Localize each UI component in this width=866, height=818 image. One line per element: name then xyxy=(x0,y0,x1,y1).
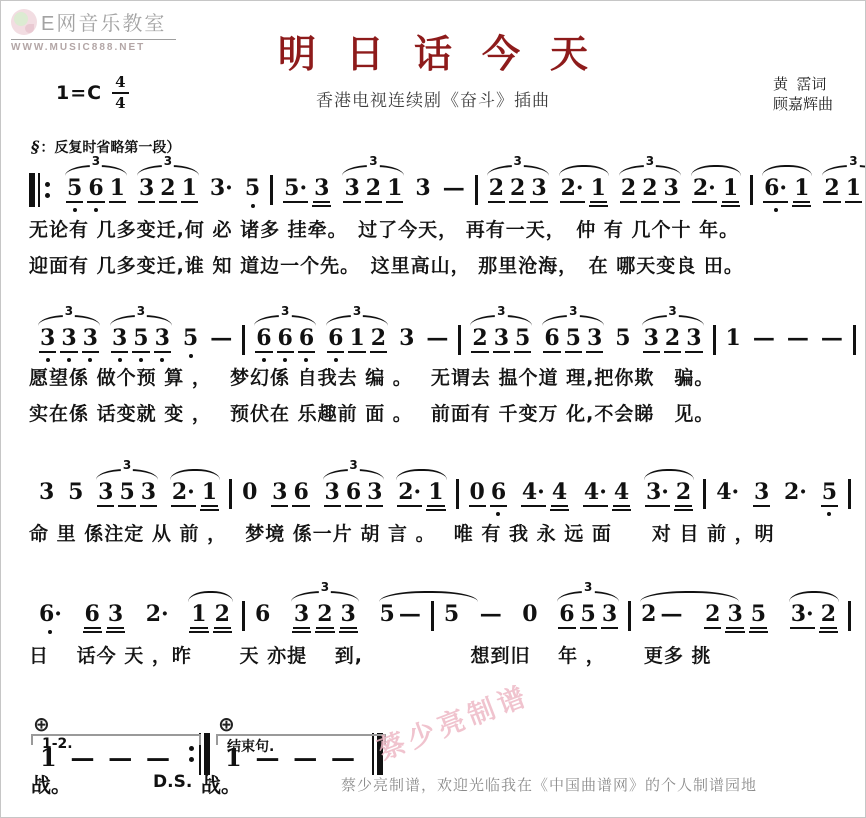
triplet-number: 3 xyxy=(666,304,678,318)
lyrics-line: 无论有 几多变迁,何 必 诸多 挂牵。 过了今天， 再有一天， 仲 有 几个十 … xyxy=(29,218,851,243)
note-group: 2·1 xyxy=(396,481,446,511)
note: 1 xyxy=(844,177,863,203)
jianpu-system-3: 3533532·103633632·1064·44·43·24·32·5命 里 … xyxy=(29,453,851,547)
note: 5 xyxy=(182,327,199,349)
note: — xyxy=(820,327,844,349)
note: 3 xyxy=(38,481,55,503)
note: 2· xyxy=(691,177,718,203)
note: — xyxy=(330,746,356,770)
note-group: 0 xyxy=(521,603,538,625)
note: 2 xyxy=(487,177,506,203)
note-group: 2·1 xyxy=(691,177,741,207)
song-subtitle: 香港电视连续剧《奋斗》插曲 xyxy=(1,86,865,111)
note: 2 xyxy=(212,603,233,633)
note: — xyxy=(425,327,449,349)
note: 5· xyxy=(282,177,309,203)
measure: 5—03653 xyxy=(434,603,628,629)
note: 1 xyxy=(188,603,209,633)
note-group: — xyxy=(425,327,449,349)
note: 6 xyxy=(82,603,103,633)
note-group: 3321 xyxy=(137,177,199,203)
note: 2· xyxy=(559,177,586,203)
note: 3 xyxy=(291,603,312,633)
note-group: 4·4 xyxy=(520,481,570,511)
note-group: 3561 xyxy=(65,177,127,203)
note: 5 xyxy=(67,481,84,503)
note: 3 xyxy=(585,327,604,353)
barline xyxy=(848,479,851,509)
note: 5 xyxy=(513,327,532,353)
barline xyxy=(853,325,856,355)
note-group: 3653 xyxy=(542,327,604,353)
note-group: — xyxy=(209,327,233,349)
note: 2 xyxy=(470,327,489,353)
note: 1 xyxy=(347,327,366,353)
note-group: — xyxy=(820,327,844,349)
note-group: 3666 xyxy=(254,327,316,353)
triplet-number: 3 xyxy=(63,304,75,318)
note: 1 xyxy=(720,177,741,207)
measure: 633235— xyxy=(245,603,431,633)
note: 1 xyxy=(199,481,220,511)
note-group: 6 xyxy=(254,603,271,625)
lyrics-line: 迎面有 几多变迁,谁 知 道边一个先。 这里高山， 那里沧海， 在 哪天变良 田… xyxy=(29,254,851,279)
note: 2· xyxy=(145,603,170,625)
note: 1 xyxy=(425,481,446,511)
note-group: 1 xyxy=(725,327,742,349)
note: 2 xyxy=(663,327,682,353)
note: 5 xyxy=(244,177,261,199)
triplet-number: 3 xyxy=(319,580,331,594)
note: 3 xyxy=(398,327,415,349)
note: 3 xyxy=(752,481,771,507)
note: — xyxy=(254,746,280,770)
note: — xyxy=(69,746,95,770)
note-group: 235 xyxy=(703,603,769,633)
note: 5 xyxy=(820,481,839,507)
staff-line: 6·632·12633235—5—036532—2353·2 xyxy=(29,575,851,633)
note: 3 xyxy=(81,327,100,353)
note: — xyxy=(398,603,422,625)
note: 5 xyxy=(614,327,631,349)
triplet-number: 3 xyxy=(135,304,147,318)
ending-lyric-left: 战。 xyxy=(31,769,71,798)
triplet-number: 3 xyxy=(644,154,656,168)
note: 3 xyxy=(59,327,78,353)
triplet-number: 3 xyxy=(162,154,174,168)
note-group: 3323 xyxy=(642,327,704,353)
note: 2· xyxy=(170,481,197,507)
lyrics-line: 实在係 话变就 变 ， 预伏在 乐趣前 面 。 前面有 千变万 化,不会睇 见。 xyxy=(29,402,851,427)
measure: 3235365353323 xyxy=(461,327,712,353)
note: 6 xyxy=(326,327,345,353)
note: 3 xyxy=(270,481,289,507)
triplet-number: 3 xyxy=(847,154,859,168)
note-group: 3353 xyxy=(96,481,158,507)
note-group: 63 xyxy=(82,603,127,633)
note: — xyxy=(752,327,776,349)
measure: 3533532·1 xyxy=(29,481,229,511)
footer-note: 蔡少亮制谱，欢迎光临我在《中国曲谱网》的个人制谱园地 xyxy=(341,774,757,795)
note: 3 xyxy=(105,603,126,633)
note: 3 xyxy=(137,177,156,203)
note: 6 xyxy=(86,177,105,203)
note: 5 xyxy=(117,481,136,507)
triplet-number: 3 xyxy=(567,304,579,318)
note-group: 3 xyxy=(38,481,55,503)
note-group: 5 xyxy=(244,177,261,199)
note: 3· xyxy=(789,603,816,629)
note-group: 0 xyxy=(241,481,258,503)
note: 6· xyxy=(38,603,63,625)
note: 3 xyxy=(724,603,745,633)
note: 1 xyxy=(180,177,199,203)
triplet-number: 3 xyxy=(351,304,363,318)
note: 5 xyxy=(564,327,583,353)
note-group: 3653 xyxy=(557,603,619,629)
note-group: 2— xyxy=(640,603,683,625)
note: 3 xyxy=(642,327,661,353)
measure: 03633632·1 xyxy=(232,481,455,511)
note: 3 xyxy=(342,177,361,203)
note-group: 6· xyxy=(38,603,63,625)
song-title: 明日话今天 xyxy=(1,23,865,78)
note: 1 xyxy=(725,327,742,349)
note: 0 xyxy=(241,481,258,503)
volta-1: ⊕ 1-2. 1——— xyxy=(31,720,185,770)
note: 3 xyxy=(414,177,431,199)
note-group: 2·1 xyxy=(170,481,220,511)
note: — xyxy=(145,746,171,770)
note: 3· xyxy=(209,177,234,199)
measure: 6·632·12 xyxy=(29,603,242,633)
note-group: 5 xyxy=(614,327,631,349)
note: 2· xyxy=(783,481,808,503)
note-group: 5— xyxy=(379,603,422,625)
sheet-music-page: E网音乐教室 WWW.MUSIC888.NET 1=C 4 4 明日话今天 香港… xyxy=(0,0,866,818)
triplet-number: 3 xyxy=(121,458,133,472)
note: 5 xyxy=(748,603,769,633)
measure: 5·333213— xyxy=(273,177,475,207)
note: — xyxy=(107,746,133,770)
note: 3 xyxy=(365,481,384,507)
note: 2 xyxy=(703,603,722,629)
note: 2· xyxy=(396,481,423,507)
note: 2 xyxy=(640,177,659,203)
note: — xyxy=(479,603,503,625)
note-group: 5 xyxy=(443,603,460,625)
repeat-start-barline xyxy=(29,173,52,207)
note: 6· xyxy=(762,177,789,203)
triplet-number: 3 xyxy=(367,154,379,168)
coda-icon-2: ⊕ xyxy=(218,712,235,736)
volta-2: ⊕ 结束句. 1——— xyxy=(216,720,370,770)
note: 3 xyxy=(529,177,548,203)
measure: 356133213·5 xyxy=(56,177,270,203)
note: 2 xyxy=(508,177,527,203)
note: 3 xyxy=(600,603,619,629)
note: 3 xyxy=(338,603,359,633)
credits: 黄 霑词 顾嘉辉曲 xyxy=(773,75,833,116)
note: 1 xyxy=(224,746,243,770)
note-group: 3363 xyxy=(323,481,385,507)
note-group: 2· xyxy=(145,603,170,625)
note: 2 xyxy=(369,327,388,353)
note-group: 6·1 xyxy=(762,177,812,207)
note: 5 xyxy=(579,603,598,629)
note-group: 3333 xyxy=(38,327,100,353)
note-group: 3· xyxy=(209,177,234,199)
coda-icon: ⊕ xyxy=(33,712,50,736)
barline xyxy=(848,601,851,631)
note-group: 3·2 xyxy=(789,603,839,633)
credit-composer: 顾嘉辉曲 xyxy=(773,96,833,113)
note-group: 3235 xyxy=(470,327,532,353)
note: 3 xyxy=(38,327,57,353)
note-group: 06 xyxy=(468,481,509,507)
note: 1 xyxy=(108,177,127,203)
credit-lyricist: 黄 霑词 xyxy=(773,76,826,93)
note: 3 xyxy=(492,327,511,353)
lyrics-line: 愿望係 做个预 算 ， 梦幻係 自我去 编 。 无谓去 揾个道 理,把你欺 骗。 xyxy=(29,366,851,391)
note: 1 xyxy=(791,177,812,207)
measure: 4·32·5 xyxy=(706,481,848,507)
note-group: 3 xyxy=(398,327,415,349)
note: 3 xyxy=(684,327,703,353)
measure: 064·44·43·2 xyxy=(459,481,704,511)
triplet-number: 3 xyxy=(90,154,102,168)
note-group: 5 xyxy=(67,481,84,503)
note-group: 4· xyxy=(715,481,740,503)
note-group: 3223 xyxy=(619,177,681,203)
note: 2 xyxy=(364,177,383,203)
triplet-number: 3 xyxy=(347,458,359,472)
note-group: 3323 xyxy=(291,603,359,633)
note: — xyxy=(659,603,683,625)
note-group: 36 xyxy=(270,481,311,507)
measure: 366636123— xyxy=(245,327,458,353)
note: 3· xyxy=(644,481,671,507)
note: 3 xyxy=(153,327,172,353)
note-group: 12 xyxy=(188,603,233,633)
note: 6 xyxy=(297,327,316,353)
note-group: 3·2 xyxy=(644,481,694,511)
note: 2 xyxy=(673,481,694,511)
note: 3 xyxy=(139,481,158,507)
note: 0 xyxy=(468,481,487,507)
note: 6 xyxy=(254,603,271,625)
note-group: 3 xyxy=(414,177,431,199)
note-group: 2·1 xyxy=(559,177,609,207)
note: 2 xyxy=(619,177,638,203)
note: 2 xyxy=(314,603,335,633)
lyrics-line: 命 里 係注定 从 前 ， 梦境 係一片 胡 言 。 唯 有 我 永 远 面 对… xyxy=(29,522,851,547)
note-group: 3223 xyxy=(487,177,549,203)
note-group: — xyxy=(442,177,466,199)
note: 6 xyxy=(489,481,508,507)
note: 3 xyxy=(323,481,342,507)
note-group: 3353 xyxy=(110,327,172,353)
note: 4· xyxy=(715,481,740,503)
note: 6 xyxy=(291,481,310,507)
note: 1 xyxy=(385,177,404,203)
note: 6 xyxy=(254,327,273,353)
note-group: — xyxy=(752,327,776,349)
staff-line: 333333535—366636123—32353653533231——— xyxy=(29,299,851,355)
note: 3 xyxy=(96,481,115,507)
note: 3 xyxy=(662,177,681,203)
jianpu-system-4: 6·632·12633235—5—036532—2353·2日 话今 天 ，昨 … xyxy=(29,575,851,669)
note: 1 xyxy=(588,177,609,207)
note-group: 2· xyxy=(783,481,808,503)
ending-lyric-right: 战。 xyxy=(201,769,241,798)
note: 4· xyxy=(520,481,547,507)
note: 3 xyxy=(311,177,332,207)
note: 2 xyxy=(640,603,657,625)
note: 5 xyxy=(443,603,460,625)
measure: 333333535— xyxy=(29,327,242,353)
triplet-number: 3 xyxy=(495,304,507,318)
note: 2 xyxy=(158,177,177,203)
ending-staff: ⊕ 1-2. 1——— ⊕ 结束句. 1——— xyxy=(31,715,389,775)
note: 5 xyxy=(379,603,396,625)
note: 6 xyxy=(542,327,561,353)
measure: 2—2353·2 xyxy=(631,603,848,633)
lyrics-line: 日 话今 天 ，昨 天 亦提 到, 想到旧 年 ， 更多 挑 xyxy=(29,644,851,669)
note: 4 xyxy=(611,481,632,511)
note-group: — xyxy=(786,327,810,349)
ds-marking: D.S. xyxy=(153,772,192,792)
triplet-number: 3 xyxy=(582,580,594,594)
jianpu-system-2: 333333535—366636123—32353653533231———愿望係… xyxy=(29,299,851,427)
note: 2 xyxy=(818,603,839,633)
repeat-dots xyxy=(189,746,194,762)
watermark: 蔡少亮制谱 xyxy=(371,674,534,768)
note: 4· xyxy=(582,481,609,507)
note-group: 3612 xyxy=(326,327,388,353)
note: — xyxy=(209,327,233,349)
triplet-number: 3 xyxy=(511,154,523,168)
note-group: — xyxy=(479,603,503,625)
note: 6 xyxy=(276,327,295,353)
note: 2 xyxy=(822,177,841,203)
note: — xyxy=(442,177,466,199)
note: 1 xyxy=(39,746,58,770)
note: 3 xyxy=(110,327,129,353)
staff-line: 356133213·55·333213—32232·132232·16·1321… xyxy=(29,149,851,207)
note: 5 xyxy=(65,177,84,203)
note: — xyxy=(786,327,810,349)
note: — xyxy=(292,746,318,770)
note: 4 xyxy=(549,481,570,511)
note-group: 5 xyxy=(182,327,199,349)
measure: 32232·132232·1 xyxy=(478,177,750,207)
note-group: 3321 xyxy=(342,177,404,203)
measure: 1——— xyxy=(716,327,853,349)
note: 0 xyxy=(521,603,538,625)
note-group: 5·3 xyxy=(282,177,332,207)
measure: 6·132165— xyxy=(753,177,866,207)
note: 6 xyxy=(557,603,576,629)
staff-line: 3533532·103633632·1064·44·43·24·32·5 xyxy=(29,453,851,511)
note-group: 4·4 xyxy=(582,481,632,511)
note-group: 5 xyxy=(820,481,839,507)
triplet-number: 3 xyxy=(279,304,291,318)
note-group: 3 xyxy=(752,481,771,507)
note: 6 xyxy=(344,481,363,507)
jianpu-system-1: 356133213·55·333213—32232·132232·16·1321… xyxy=(29,149,851,279)
note: 5 xyxy=(131,327,150,353)
note-group: 3216 xyxy=(822,177,866,203)
